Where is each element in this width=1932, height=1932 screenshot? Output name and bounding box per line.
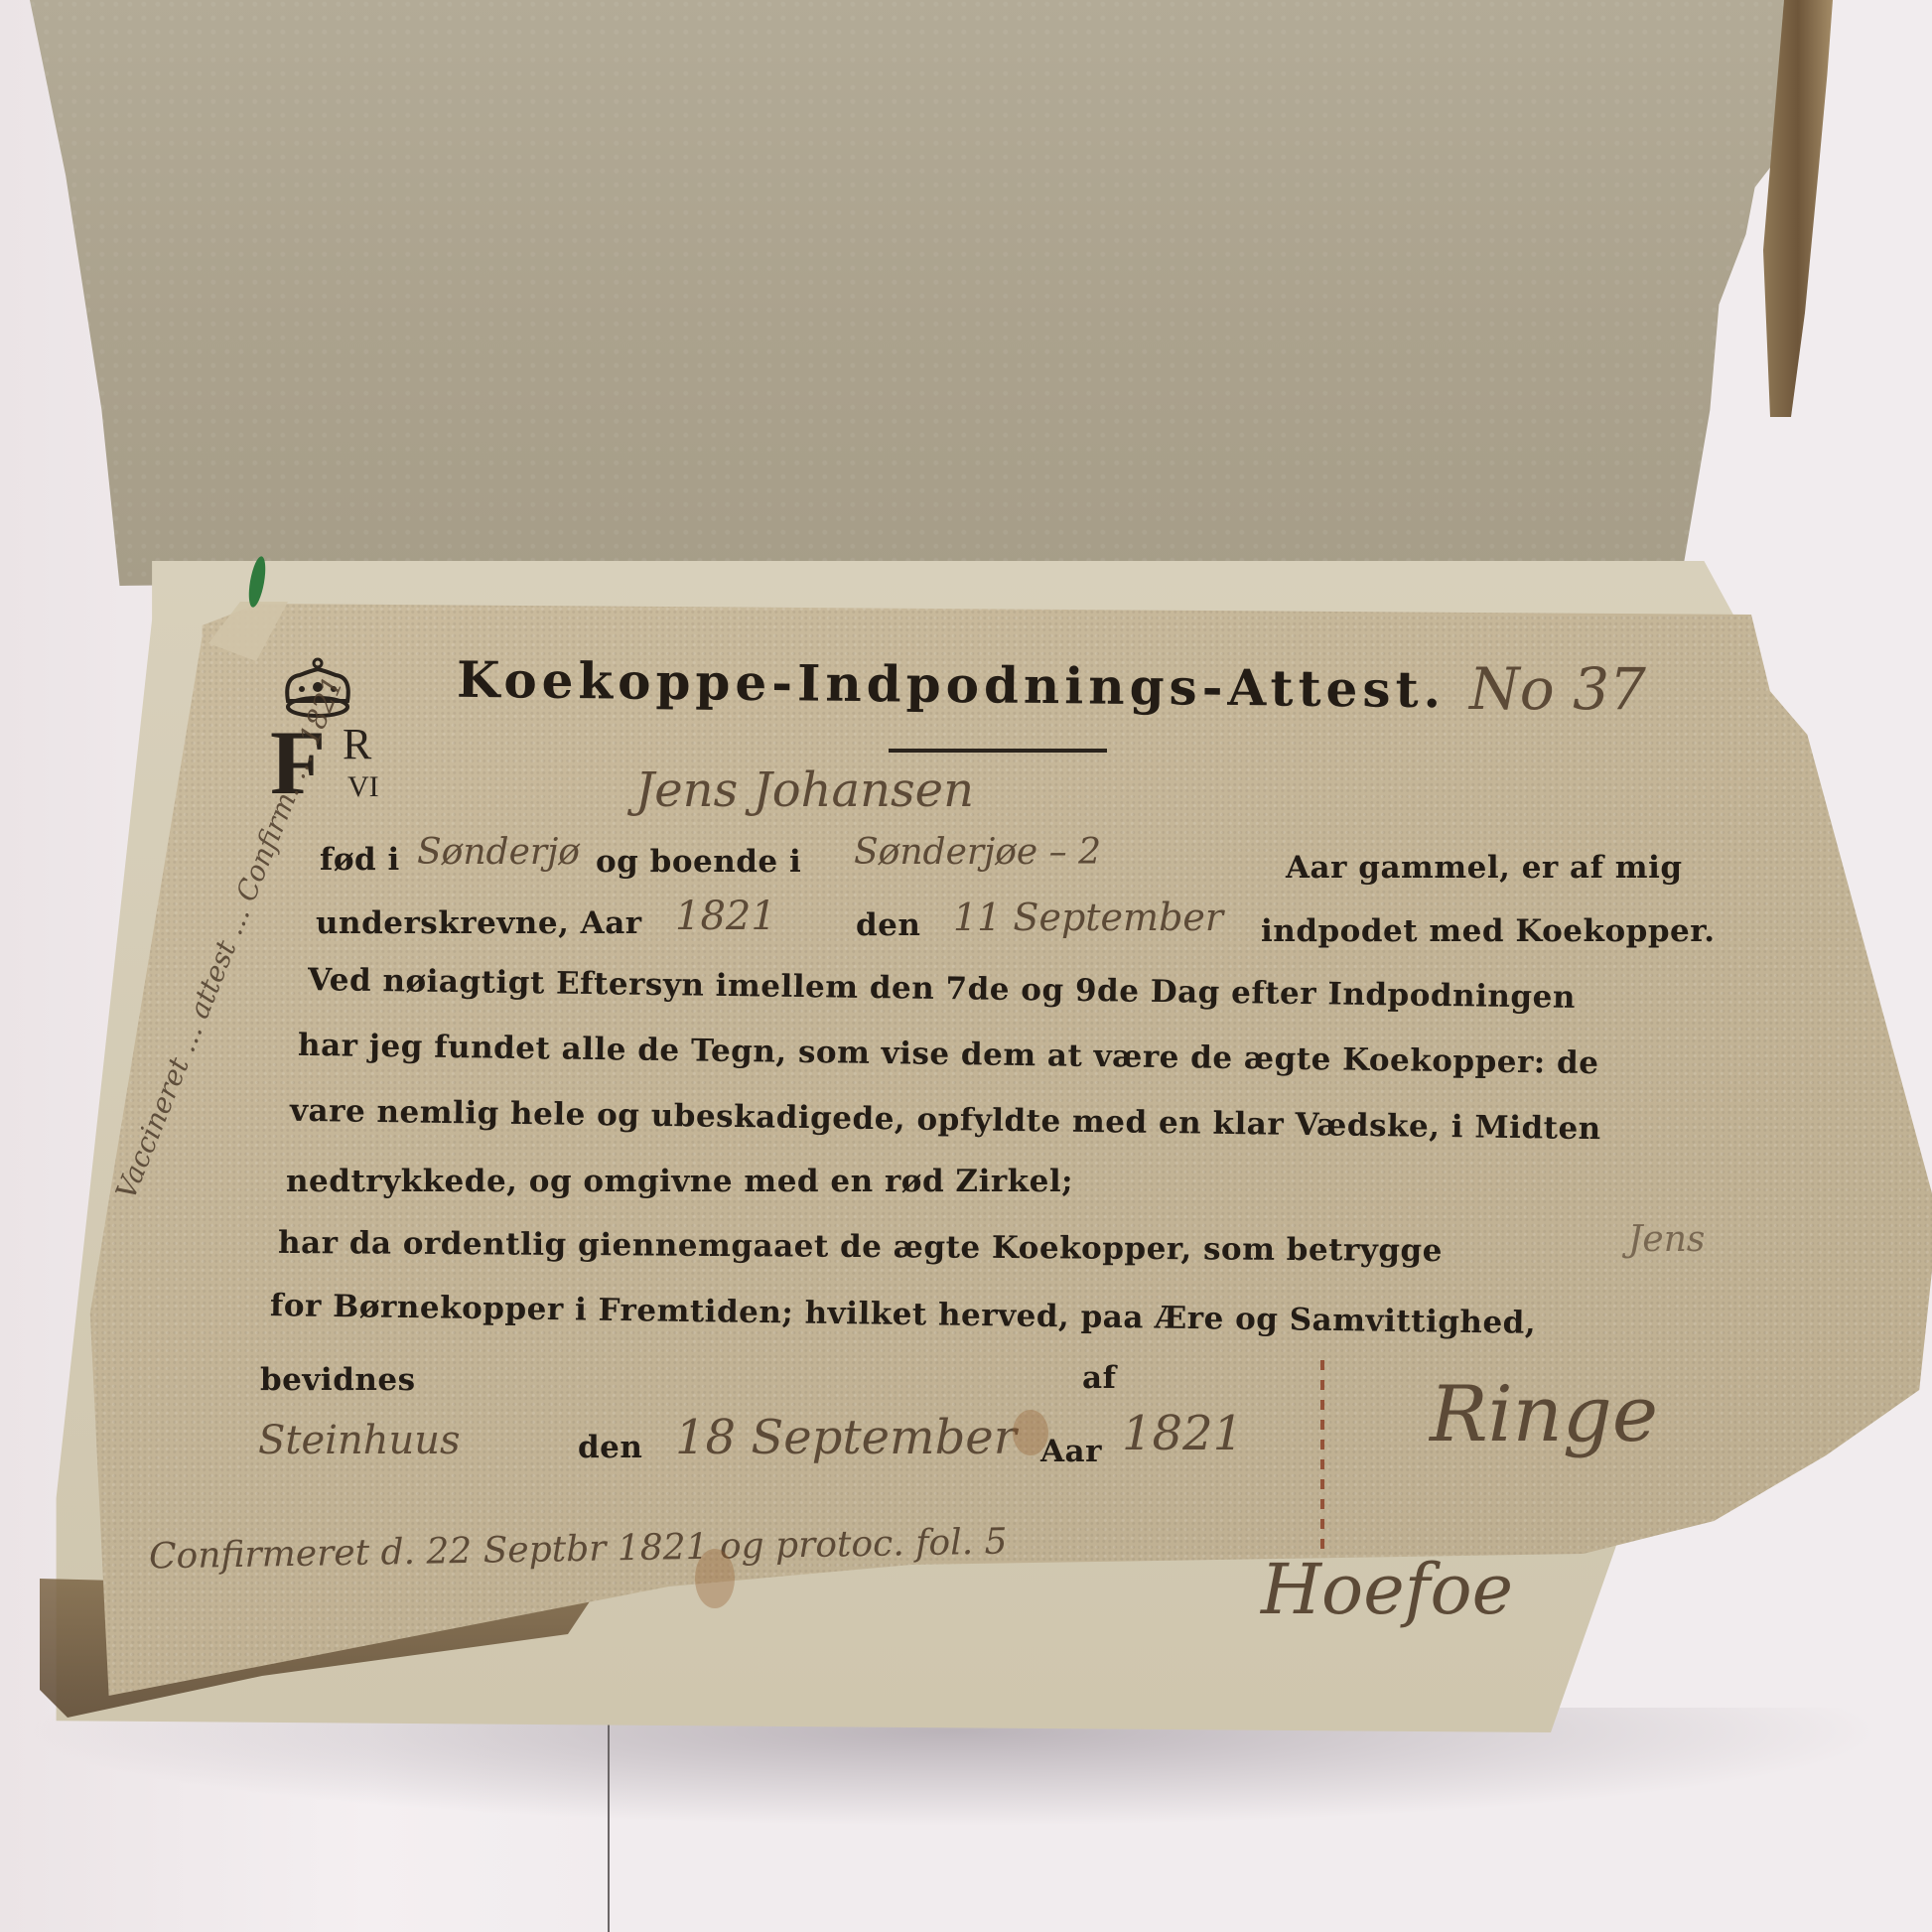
vaccination-date: 11 September (953, 896, 1223, 939)
certificate-number: 37 (1573, 655, 1646, 723)
line-born-in: fød i (320, 842, 400, 878)
book-cover-inner-board (30, 0, 1827, 586)
line-years-old: Aar gammel, er af mig (1286, 850, 1683, 886)
residence-and-age: Sønderjøe – 2 (854, 832, 1101, 873)
line-den-signing: den (578, 1430, 642, 1465)
body-line-6: nedtrykkede, og omgivne med en rød Zirke… (286, 1164, 1073, 1199)
vaccination-year: 1821 (675, 894, 776, 939)
certificate-number-label: No 37 (1469, 655, 1646, 723)
red-ink-mark (1320, 1360, 1324, 1559)
certificate-title: Koekoppe-Indpodnings-Attest. (457, 650, 1447, 719)
line-attested: bevidnes (260, 1362, 416, 1398)
line-vaccinated-with: indpodet med Koekopper. (1261, 913, 1716, 949)
second-signature: Hoefoe (1261, 1549, 1513, 1630)
line-undersigned-year: underskrevne, Aar (316, 905, 642, 941)
foxing-stain (1013, 1410, 1048, 1455)
place-of-signing: Steinhuus (258, 1418, 461, 1463)
royal-monogram-vi: VI (347, 772, 379, 802)
line-aar-signing: Aar (1040, 1434, 1102, 1469)
handwritten-name-insert: Jens (1628, 1219, 1705, 1260)
foxing-stain (695, 1549, 735, 1608)
signing-year: 1821 (1122, 1406, 1243, 1461)
royal-monogram-r: R (343, 723, 371, 766)
title-rule (889, 749, 1107, 753)
line-by: af (1082, 1360, 1116, 1396)
signing-date: 18 September (675, 1410, 1017, 1465)
line-den: den (856, 907, 920, 943)
vaccinated-name: Jens Johansen (635, 762, 974, 818)
birthplace: Sønderjø (417, 832, 580, 873)
line-living-in: og boende i (596, 844, 801, 880)
physician-signature: Ringe (1430, 1370, 1658, 1459)
